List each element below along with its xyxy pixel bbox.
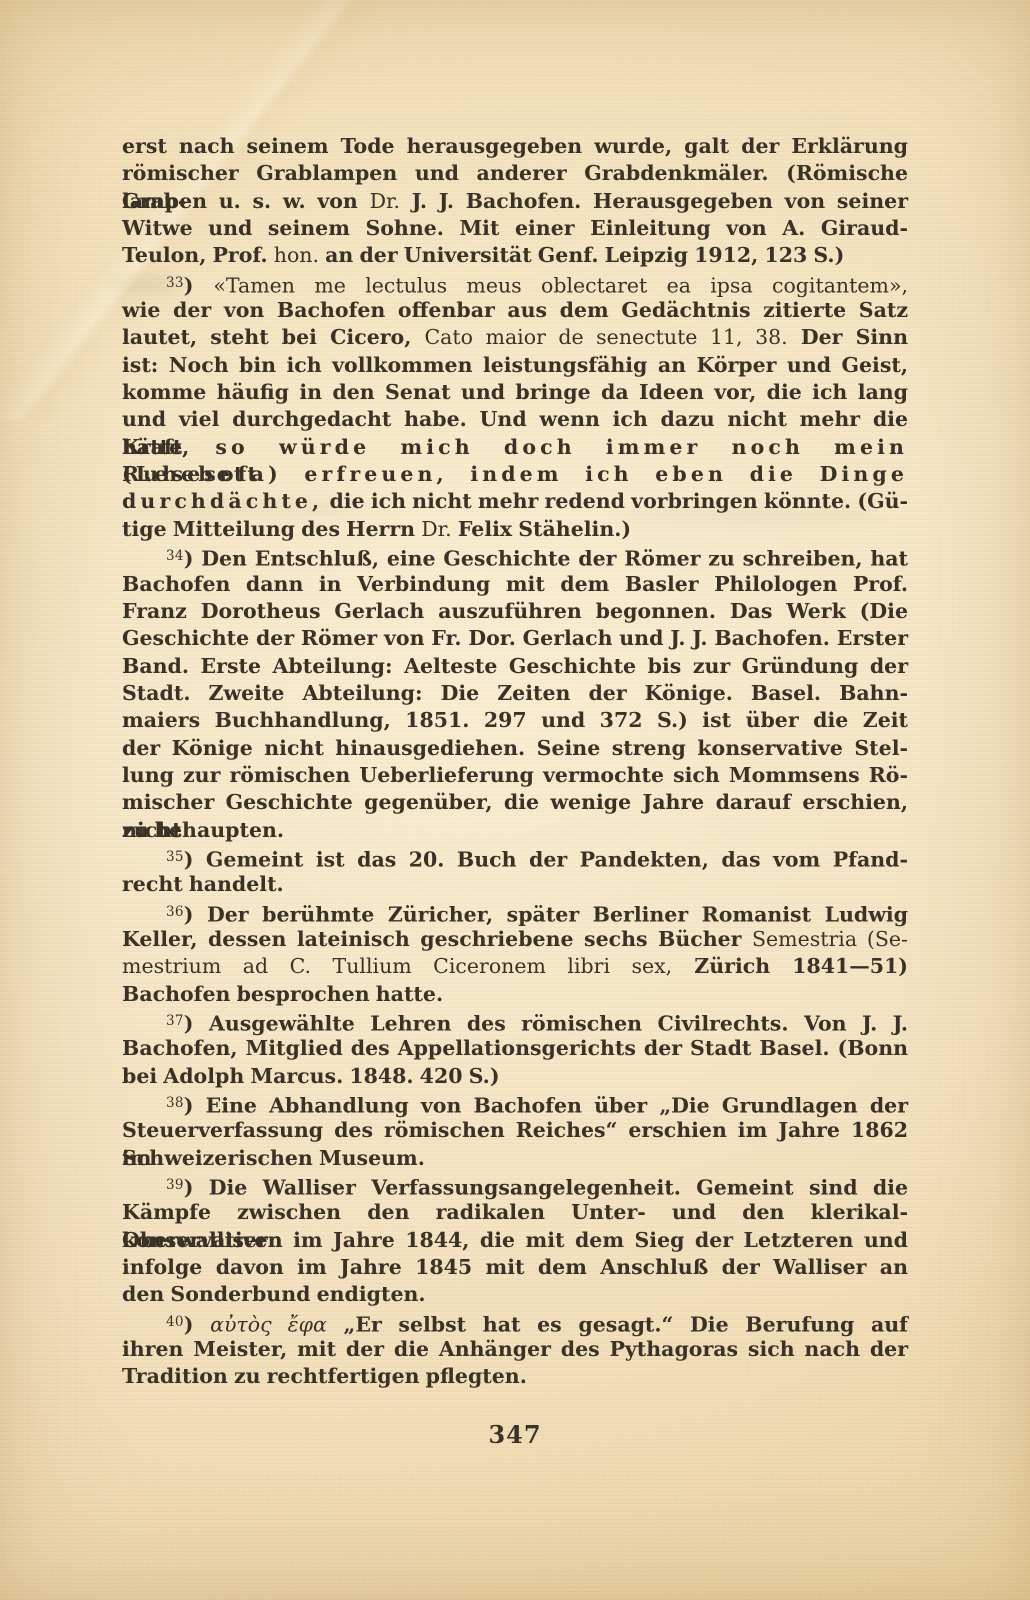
page-number: 347 bbox=[0, 1420, 1030, 1449]
text-segment-de: Witwe und seinem Sohne. Mit einer Einlei… bbox=[122, 216, 908, 240]
text-line: maiers Buchhandlung, 1851. 297 und 372 S… bbox=[122, 707, 908, 734]
scanned-book-page: { "page": { "number": "347", "paper_colo… bbox=[0, 0, 1030, 1600]
text-line: Geschichte der Römer von Fr. Dor. Gerlac… bbox=[122, 625, 908, 652]
text-segment-de: Stadt. Zweite Abteilung: Die Zeiten der … bbox=[122, 681, 908, 705]
text-line: recht handelt. bbox=[122, 871, 908, 898]
text-segment-sup: 39 bbox=[166, 1177, 184, 1193]
text-segment-lat: Semestria (Se- bbox=[752, 927, 908, 951]
text-segment-de: lautet, steht bei Cicero, bbox=[122, 325, 425, 349]
text-line: Steuerverfassung des römischen Reiches“ … bbox=[122, 1117, 908, 1144]
text-segment-grk: αὐτὸς ἔφα bbox=[210, 1312, 327, 1336]
text-segment-de: lampen u. s. w. von bbox=[122, 189, 370, 213]
text-line: Teulon, Prof. hon. an der Universität Ge… bbox=[122, 242, 908, 269]
text-segment-sup: 34 bbox=[166, 548, 184, 564]
text-segment-de: infolge davon im Jahre 1845 mit dem Ansc… bbox=[122, 1255, 908, 1279]
text-segment-de: ) bbox=[184, 1312, 210, 1336]
text-segment-de: der Könige nicht hinausgediehen. Seine s… bbox=[122, 736, 908, 760]
text-line: Kämpfe zwischen den radikalen Unter- und… bbox=[122, 1199, 908, 1226]
text-line: lung zur römischen Ueberlieferung vermoc… bbox=[122, 762, 908, 789]
text-segment-de: Zürich 1841—51) bbox=[672, 954, 908, 978]
text-line: 38) Eine Abhandlung von Bachofen über „D… bbox=[122, 1090, 908, 1117]
text-line: Bachofen besprochen hatte. bbox=[122, 981, 908, 1008]
text-line: tige Mitteilung des Herrn Dr. Felix Stäh… bbox=[122, 516, 908, 543]
text-segment-de: Bachofen, Mitglied des Appellationsgeric… bbox=[122, 1036, 908, 1060]
text-line: zu behaupten. bbox=[122, 817, 908, 844]
text-line: erst nach seinem Tode herausgegeben wurd… bbox=[122, 133, 908, 160]
text-line: Tradition zu rechtfertigen pflegten. bbox=[122, 1363, 908, 1390]
text-segment-sup: 35 bbox=[166, 849, 184, 865]
text-segment-sup: 36 bbox=[166, 904, 184, 920]
text-line: der Könige nicht hinausgediehen. Seine s… bbox=[122, 735, 908, 762]
text-segment-de: Felix Stähelin.) bbox=[452, 517, 631, 541]
text-segment-sp: durchdächte, bbox=[122, 489, 323, 513]
text-segment-sup: 40 bbox=[166, 1314, 184, 1330]
text-segment-de: bei Adolph Marcus. 1848. 420 S.) bbox=[122, 1064, 500, 1088]
text-line: hätte, so würde mich doch immer noch mei… bbox=[122, 434, 908, 461]
text-line: ihren Meister, mit der die Anhänger des … bbox=[122, 1336, 908, 1363]
text-segment-de: Bachofen dann in Verbindung mit dem Basl… bbox=[122, 572, 908, 596]
text-segment-de: Tradition zu rechtfertigen pflegten. bbox=[122, 1364, 527, 1388]
text-line: lampen u. s. w. von Dr. J. J. Bachofen. … bbox=[122, 188, 908, 215]
text-segment-de: Oberwallisern im Jahre 1844, die mit dem… bbox=[122, 1228, 908, 1252]
text-segment-sup: 33 bbox=[166, 275, 184, 291]
text-segment-de: ) Eine Abhandlung von Bachofen über „Die… bbox=[184, 1094, 908, 1118]
text-segment-de: recht handelt. bbox=[122, 872, 284, 896]
text-line: 33) «Tamen me lectulus meus oblectaret e… bbox=[122, 270, 908, 297]
text-line: infolge davon im Jahre 1845 mit dem Ansc… bbox=[122, 1254, 908, 1281]
text-segment-de: ist: Noch bin ich vollkommen leistungsfä… bbox=[122, 353, 908, 377]
text-segment-de: ) Der berühmte Züricher, später Berliner… bbox=[184, 902, 908, 926]
text-segment-lat: Cato maior de senectute 11, 38. bbox=[425, 325, 788, 349]
text-segment-de: ) Gemeint ist das 20. Buch der Pandekten… bbox=[184, 848, 908, 872]
text-segment-de: den Sonderbund endigten. bbox=[122, 1282, 426, 1306]
text-segment-de: an der Universität Genf. Leipzig 1912, 1… bbox=[319, 243, 844, 267]
text-line: 37) Ausgewählte Lehren des römischen Civ… bbox=[122, 1008, 908, 1035]
text-line: Bachofen dann in Verbindung mit dem Basl… bbox=[122, 571, 908, 598]
text-segment-lat: «Tamen me lectulus meus oblectaret ea ip… bbox=[213, 273, 908, 297]
text-segment-de: „Er selbst hat es gesagt.“ Die Berufung … bbox=[327, 1312, 908, 1336]
text-segment-lat: Dr. bbox=[370, 189, 401, 213]
text-segment-de: lung zur römischen Ueberlieferung vermoc… bbox=[122, 763, 908, 787]
text-line: mischer Geschichte gegenüber, die wenige… bbox=[122, 789, 908, 816]
text-segment-de: erst nach seinem Tode herausgegeben wurd… bbox=[122, 134, 908, 158]
text-segment-de: komme häufig in den Senat und bringe da … bbox=[122, 380, 908, 404]
text-segment-lat: mestrium ad C. Tullium Ciceronem libri s… bbox=[122, 954, 672, 978]
text-line: durchdächte, die ich nicht mehr redend v… bbox=[122, 488, 908, 515]
text-line: (Lesesofa) erfreuen, indem ich eben die … bbox=[122, 461, 908, 488]
text-line: 34) Den Entschluß, eine Geschichte der R… bbox=[122, 543, 908, 570]
text-line: Bachofen, Mitglied des Appellationsgeric… bbox=[122, 1035, 908, 1062]
text-segment-de: die ich nicht mehr redend vorbringen kön… bbox=[323, 489, 908, 513]
text-segment-de: Keller, dessen lateinisch geschriebene s… bbox=[122, 927, 752, 951]
text-line: Stadt. Zweite Abteilung: Die Zeiten der … bbox=[122, 680, 908, 707]
text-line: Keller, dessen lateinisch geschriebene s… bbox=[122, 926, 908, 953]
footnotes-text-block: erst nach seinem Tode herausgegeben wurd… bbox=[122, 133, 908, 1391]
text-line: Witwe und seinem Sohne. Mit einer Einlei… bbox=[122, 215, 908, 242]
text-segment-de: J. J. Bachofen. Herausgegeben von seiner bbox=[400, 189, 908, 213]
text-line: Schweizerischen Museum. bbox=[122, 1145, 908, 1172]
text-line: 35) Gemeint ist das 20. Buch der Pandekt… bbox=[122, 844, 908, 871]
text-line: römischer Grablampen und anderer Grabden… bbox=[122, 160, 908, 187]
text-segment-de: tige Mitteilung des Herrn bbox=[122, 517, 421, 541]
text-line: den Sonderbund endigten. bbox=[122, 1281, 908, 1308]
text-line: 36) Der berühmte Züricher, später Berlin… bbox=[122, 899, 908, 926]
text-segment-de: Bachofen besprochen hatte. bbox=[122, 982, 443, 1006]
text-line: komme häufig in den Senat und bringe da … bbox=[122, 379, 908, 406]
text-segment-de: hätte, bbox=[122, 435, 215, 459]
text-segment-de: Der Sinn bbox=[788, 325, 908, 349]
text-segment-de: Band. Erste Abteilung: Aelteste Geschich… bbox=[122, 654, 908, 678]
text-segment-sp: (Lesesofa) erfreuen, indem ich eben die … bbox=[122, 462, 908, 486]
text-segment-de: ihren Meister, mit der die Anhänger des … bbox=[122, 1337, 908, 1361]
text-line: Oberwallisern im Jahre 1844, die mit dem… bbox=[122, 1227, 908, 1254]
text-line: und viel durchgedacht habe. Und wenn ich… bbox=[122, 406, 908, 433]
text-segment-de: ) Den Entschluß, eine Geschichte der Röm… bbox=[184, 547, 908, 571]
text-segment-de: zu behaupten. bbox=[122, 818, 284, 842]
text-segment-de: Schweizerischen Museum. bbox=[122, 1146, 425, 1170]
text-line: 39) Die Walliser Verfassungsangelegenhei… bbox=[122, 1172, 908, 1199]
text-line: 40) αὐτὸς ἔφα „Er selbst hat es gesagt.“… bbox=[122, 1309, 908, 1336]
text-segment-lat: hon. bbox=[274, 243, 319, 267]
text-line: Franz Dorotheus Gerlach auszuführen bego… bbox=[122, 598, 908, 625]
text-line: wie der von Bachofen offenbar aus dem Ge… bbox=[122, 297, 908, 324]
text-segment-de: Franz Dorotheus Gerlach auszuführen bego… bbox=[122, 599, 908, 623]
text-segment-lat: Dr. bbox=[421, 517, 452, 541]
text-line: mestrium ad C. Tullium Ciceronem libri s… bbox=[122, 953, 908, 980]
text-segment-de: Geschichte der Römer von Fr. Dor. Gerlac… bbox=[122, 626, 908, 650]
text-line: Band. Erste Abteilung: Aelteste Geschich… bbox=[122, 653, 908, 680]
text-segment-de: ) Die Walliser Verfassungsangelegenheit.… bbox=[184, 1176, 908, 1200]
text-segment-de: Teulon, Prof. bbox=[122, 243, 274, 267]
text-segment-de: maiers Buchhandlung, 1851. 297 und 372 S… bbox=[122, 708, 908, 732]
text-segment-de: ) bbox=[184, 273, 214, 297]
text-segment-de: wie der von Bachofen offenbar aus dem Ge… bbox=[122, 298, 908, 322]
text-segment-sup: 37 bbox=[166, 1013, 184, 1029]
text-segment-sup: 38 bbox=[166, 1095, 184, 1111]
text-line: lautet, steht bei Cicero, Cato maior de … bbox=[122, 324, 908, 351]
text-segment-de: ) Ausgewählte Lehren des römischen Civil… bbox=[184, 1012, 908, 1036]
text-line: ist: Noch bin ich vollkommen leistungsfä… bbox=[122, 352, 908, 379]
text-line: bei Adolph Marcus. 1848. 420 S.) bbox=[122, 1063, 908, 1090]
